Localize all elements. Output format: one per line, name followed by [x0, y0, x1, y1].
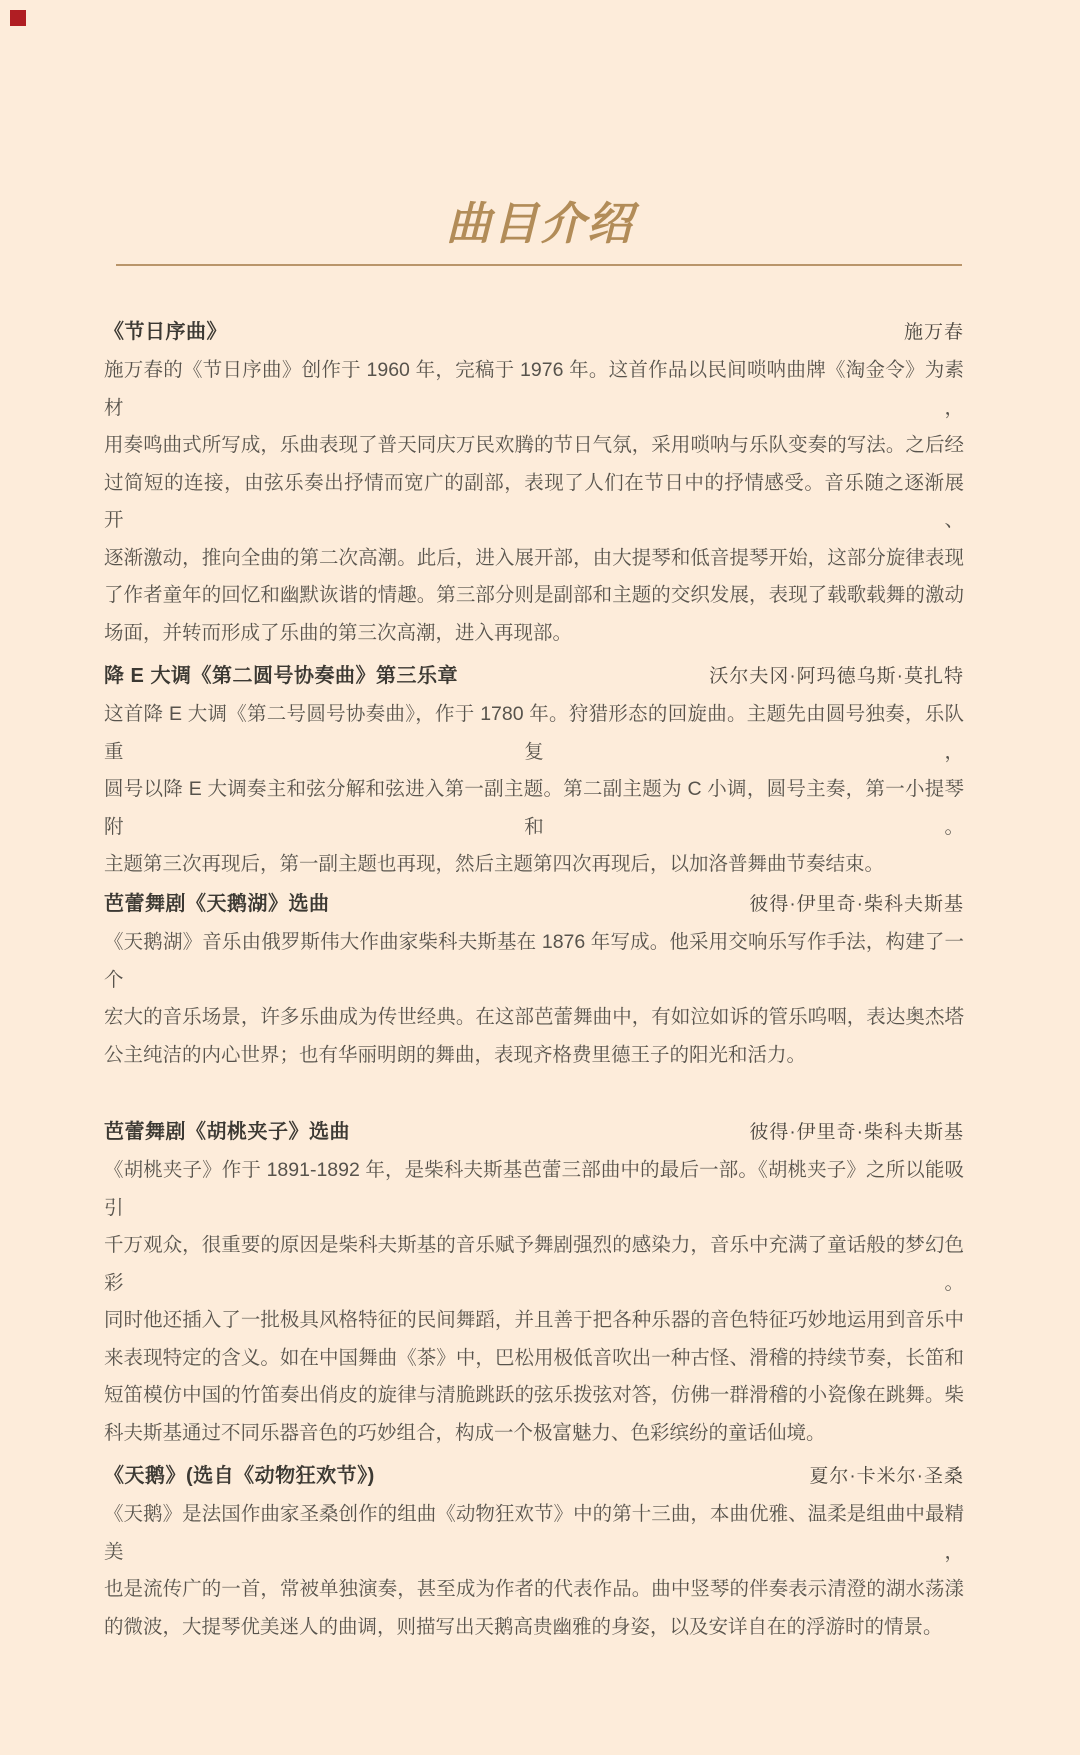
section-title: 《天鹅》(选自《动物狂欢节》) — [104, 1458, 375, 1494]
section-composer: 彼得·伊里奇·柴科夫斯基 — [749, 1115, 964, 1151]
paragraph-line: 千万观众，很重要的原因是柴科夫斯基的音乐赋予舞剧强烈的感染力，音乐中充满了童话般… — [104, 1227, 964, 1302]
paragraph-line: 施万春的《节日序曲》创作于 1960 年，完稿于 1976 年。这首作品以民间唢… — [104, 352, 964, 427]
section-title: 《节日序曲》 — [104, 314, 227, 350]
section-composer: 施万春 — [904, 315, 964, 351]
section-head: 《节日序曲》 施万春 — [104, 314, 964, 350]
section-paragraph: 《胡桃夹子》作于 1891-1892 年，是柴科夫斯基芭蕾三部曲中的最后一部。《… — [104, 1152, 964, 1452]
section-title: 降 E 大调《第二圆号协奏曲》第三乐章 — [104, 658, 458, 694]
section-paragraph: 《天鹅湖》音乐由俄罗斯伟大作曲家柴科夫斯基在 1876 年写成。他采用交响乐写作… — [104, 924, 964, 1074]
red-corner-marker — [10, 10, 26, 26]
section-paragraph: 《天鹅》是法国作曲家圣桑创作的组曲《动物狂欢节》中的第十三曲，本曲优雅、温柔是组… — [104, 1496, 964, 1646]
paragraph-line: 主题第三次再现后，第一副主题也再现，然后主题第四次再现后，以加洛普舞曲节奏结束。 — [104, 846, 964, 884]
program-section: 芭蕾舞剧《胡桃夹子》选曲 彼得·伊里奇·柴科夫斯基 《胡桃夹子》作于 1891-… — [104, 1114, 964, 1452]
section-paragraph: 这首降 E 大调《第二号圆号协奏曲》，作于 1780 年。狩猎形态的回旋曲。主题… — [104, 696, 964, 884]
section-head: 芭蕾舞剧《天鹅湖》选曲 彼得·伊里奇·柴科夫斯基 — [104, 886, 964, 922]
section-head: 降 E 大调《第二圆号协奏曲》第三乐章 沃尔夫冈·阿玛德乌斯·莫扎特 — [104, 658, 964, 694]
paragraph-line: 宏大的音乐场景，许多乐曲成为传世经典。在这部芭蕾舞曲中，有如泣如诉的管乐呜咽，表… — [104, 999, 964, 1037]
section-composer: 夏尔·卡米尔·圣桑 — [809, 1459, 964, 1495]
paragraph-line: 科夫斯基通过不同乐器音色的巧妙组合，构成一个极富魅力、色彩缤纷的童话仙境。 — [104, 1415, 964, 1453]
paragraph-line: 过简短的连接，由弦乐奏出抒情而宽广的副部，表现了人们在节日中的抒情感受。音乐随之… — [104, 465, 964, 540]
section-paragraph: 施万春的《节日序曲》创作于 1960 年，完稿于 1976 年。这首作品以民间唢… — [104, 352, 964, 652]
paragraph-line: 同时他还插入了一批极具风格特征的民间舞蹈，并且善于把各种乐器的音色特征巧妙地运用… — [104, 1302, 964, 1340]
paragraph-line: 《胡桃夹子》作于 1891-1892 年，是柴科夫斯基芭蕾三部曲中的最后一部。《… — [104, 1152, 964, 1227]
section-head: 芭蕾舞剧《胡桃夹子》选曲 彼得·伊里奇·柴科夫斯基 — [104, 1114, 964, 1150]
title-divider — [116, 264, 962, 266]
program-section: 降 E 大调《第二圆号协奏曲》第三乐章 沃尔夫冈·阿玛德乌斯·莫扎特 这首降 E… — [104, 658, 964, 884]
paragraph-line: 也是流传广的一首，常被单独演奏，甚至成为作者的代表作品。曲中竖琴的伴奏表示清澄的… — [104, 1571, 964, 1609]
paragraph-line: 《天鹅》是法国作曲家圣桑创作的组曲《动物狂欢节》中的第十三曲，本曲优雅、温柔是组… — [104, 1496, 964, 1571]
paragraph-line: 《天鹅湖》音乐由俄罗斯伟大作曲家柴科夫斯基在 1876 年写成。他采用交响乐写作… — [104, 924, 964, 999]
program-section: 芭蕾舞剧《天鹅湖》选曲 彼得·伊里奇·柴科夫斯基 《天鹅湖》音乐由俄罗斯伟大作曲… — [104, 886, 964, 1074]
paragraph-line: 公主纯洁的内心世界；也有华丽明朗的舞曲，表现齐格费里德王子的阳光和活力。 — [104, 1037, 964, 1075]
paragraph-line: 短笛模仿中国的竹笛奏出俏皮的旋律与清脆跳跃的弦乐拨弦对答，仿佛一群滑稽的小瓷像在… — [104, 1377, 964, 1415]
paragraph-line: 来表现特定的含义。如在中国舞曲《茶》中，巴松用极低音吹出一种古怪、滑稽的持续节奏… — [104, 1340, 964, 1378]
section-composer: 沃尔夫冈·阿玛德乌斯·莫扎特 — [709, 659, 964, 695]
paragraph-line: 这首降 E 大调《第二号圆号协奏曲》，作于 1780 年。狩猎形态的回旋曲。主题… — [104, 696, 964, 771]
paragraph-line: 逐渐激动，推向全曲的第二次高潮。此后，进入展开部，由大提琴和低音提琴开始，这部分… — [104, 540, 964, 578]
section-title: 芭蕾舞剧《天鹅湖》选曲 — [104, 886, 330, 922]
paragraph-line: 的微波，大提琴优美迷人的曲调，则描写出天鹅高贵幽雅的身姿，以及安详自在的浮游时的… — [104, 1609, 964, 1647]
section-composer: 彼得·伊里奇·柴科夫斯基 — [749, 887, 964, 923]
program-notes-page: 曲目介绍 《节日序曲》 施万春 施万春的《节日序曲》创作于 1960 年，完稿于… — [0, 0, 1080, 1755]
paragraph-line: 圆号以降 E 大调奏主和弦分解和弦进入第一副主题。第二副主题为 C 小调，圆号主… — [104, 771, 964, 846]
paragraph-line: 用奏鸣曲式所写成，乐曲表现了普天同庆万民欢腾的节日气氛，采用唢呐与乐队变奏的写法… — [104, 427, 964, 465]
section-title: 芭蕾舞剧《胡桃夹子》选曲 — [104, 1114, 350, 1150]
paragraph-line: 场面，并转而形成了乐曲的第三次高潮，进入再现部。 — [104, 615, 964, 653]
program-section: 《节日序曲》 施万春 施万春的《节日序曲》创作于 1960 年，完稿于 1976… — [104, 314, 964, 652]
paragraph-line: 了作者童年的回忆和幽默诙谐的情趣。第三部分则是副部和主题的交织发展，表现了载歌载… — [104, 577, 964, 615]
program-section: 《天鹅》(选自《动物狂欢节》) 夏尔·卡米尔·圣桑 《天鹅》是法国作曲家圣桑创作… — [104, 1458, 964, 1646]
page-title: 曲目介绍 — [0, 196, 1080, 252]
section-head: 《天鹅》(选自《动物狂欢节》) 夏尔·卡米尔·圣桑 — [104, 1458, 964, 1494]
